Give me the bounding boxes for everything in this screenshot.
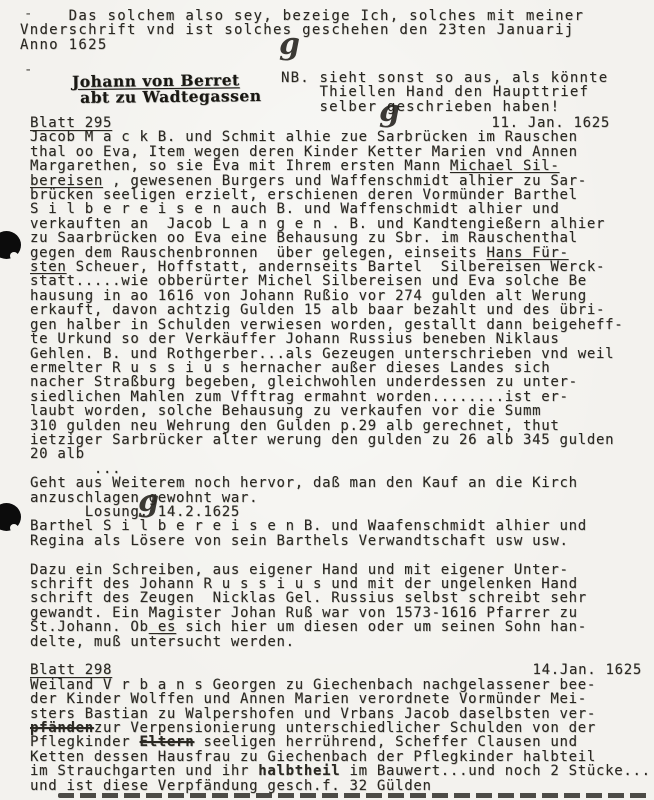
text-line: Regina als Lösere von sein Barthels Verw… (30, 534, 654, 548)
text-line: Pflegkinder Eltern seeligen herrührend, … (30, 735, 654, 749)
text-line: 310 gulden neu Wehrung den Gulden p.29 a… (30, 419, 654, 433)
section-heading-row: Blatt 29814.Jan. 1625 (30, 663, 654, 677)
text-line: Dazu ein Schreiben, aus eigener Hand und… (30, 563, 654, 577)
scan-edge-artifact (58, 793, 652, 798)
section-date: 14.Jan. 1625 (532, 663, 642, 677)
text-line: im Strauchgarten und ihr halbtheil im Ba… (30, 764, 654, 778)
section-heading: Blatt 298 (30, 663, 112, 677)
text-line: ermelter R u s s i u s hernacher außer d… (30, 361, 654, 375)
nb-margin-note: NB. sieht sonst so aus, als könnte Thiel… (281, 71, 608, 114)
text-line: gen halber in Schulden verwiesen worden,… (30, 318, 654, 332)
text-line: der Kinder Wolffen und Annen Marien vero… (30, 692, 654, 706)
text-line: selber geschrieben haben! (281, 100, 608, 114)
text-line: gewandt. Ein Magister Johan Ruß war von … (30, 606, 654, 620)
text-line: sten Scheuer, Hoffstatt, andernseits Bar… (30, 260, 654, 274)
handwritten-title: abt zu Wadtegassen (72, 88, 261, 105)
text-line: Jacob M a c k B. und Schmit alhie zue Sa… (30, 130, 654, 144)
text-line: brücken seeligen erzielt, erschienen der… (30, 188, 654, 202)
text-line: Geht aus Weiterem noch hervor, daß man d… (30, 476, 654, 490)
document-section: Blatt 29814.Jan. 1625Weiland V r b a n s… (30, 663, 654, 793)
handwritten-signature: Johann von Berret abt zu Wadtegassen (72, 72, 262, 105)
section-heading: Blatt 295 (30, 116, 112, 130)
section-date: 11. Jan. 1625 (491, 116, 610, 130)
text-line: te Urkund so der Verkäuffer Johann Russi… (30, 332, 654, 346)
text-line: thal oo Eva, Item wegen deren Kinder Ket… (30, 145, 654, 159)
text-line: erkauft, davon achtzig Gulden 15 alb baa… (30, 303, 654, 317)
text-line: S i l b e r e i s e n auch B. und Waffen… (30, 202, 654, 216)
text-line: Gehlen. B. und Rothgerber...als Gezeugen… (30, 347, 654, 361)
punch-hole (0, 503, 21, 531)
text-line: bereisen , gewesenen Burgers und Waffens… (30, 174, 654, 188)
text-line: schrift des Zeugen Nicklas Gel. Russius … (30, 591, 654, 605)
text-line: pfändenzur Verpensionierung unterschiedl… (30, 721, 654, 735)
text-line: und ist diese Verpfändung gesch.f. 32 Gü… (30, 779, 654, 793)
text-line: zu Saarbrücken oo Eva eine Behausung zu … (30, 231, 654, 245)
text-line: Das solchem also sey, bezeige Ich, solch… (20, 9, 584, 23)
document-section: Blatt 29511. Jan. 1625Jacob M a c k B. u… (30, 116, 654, 649)
text-line: Weiland V r b a n s Georgen zu Giechenba… (30, 678, 654, 692)
document-body: Blatt 29511. Jan. 1625Jacob M a c k B. u… (30, 116, 654, 793)
intro-paragraph: Das solchem also sey, bezeige Ich, solch… (20, 9, 584, 52)
punch-hole (0, 231, 21, 259)
text-line: hausung in ao 1616 von Johann Rußio vor … (30, 289, 654, 303)
section-heading-row: Blatt 29511. Jan. 1625 (30, 116, 654, 130)
text-line: verkauften an Jacob L a n g e n . B. und… (30, 217, 654, 231)
text-line: Margarethen, so sie Eva mit Ihrem ersten… (30, 159, 654, 173)
text-line: nacher Straßburg begeben, gleichwohlen u… (30, 375, 654, 389)
text-line: delte, muß untersucht werden. (30, 635, 654, 649)
text-line: gegen dem Rauschenbronnen über gelegen, … (30, 246, 654, 260)
text-line: siedlichen Mahlen zum Vfftrag ermahnt wo… (30, 390, 654, 404)
text-line: Vnderschrift vnd ist solches geschehen d… (20, 23, 584, 37)
text-line: St.Johann. Ob es sich hier um diesen ode… (30, 620, 654, 634)
text-line: Thiellen Hand den Haupttrief (281, 85, 608, 99)
text-line: Anno 1625 (20, 38, 584, 52)
text-line (30, 548, 654, 562)
text-line: ietziger Sarbrücker alter werung den gul… (30, 433, 654, 447)
text-line: ... (30, 462, 654, 476)
text-line: laubt worden, solche Behausung zu verkau… (30, 404, 654, 418)
text-line: NB. sieht sonst so aus, als könnte (281, 71, 608, 85)
text-line: statt.....wie obberürter Michel Silberei… (30, 274, 654, 288)
text-line: anzuschlagen gewohnt war. (30, 491, 654, 505)
text-line: schrift des Johann R u s s i u s und mit… (30, 577, 654, 591)
text-line: sters Bastian zu Walpershofen und Vrbans… (30, 707, 654, 721)
text-line: Losung. 14.2.1625 (30, 505, 654, 519)
margin-mark: - (24, 62, 32, 78)
text-line: 20 alb (30, 447, 654, 461)
text-line: Barthel S i l b e r e i s e n B. und Waa… (30, 519, 654, 533)
